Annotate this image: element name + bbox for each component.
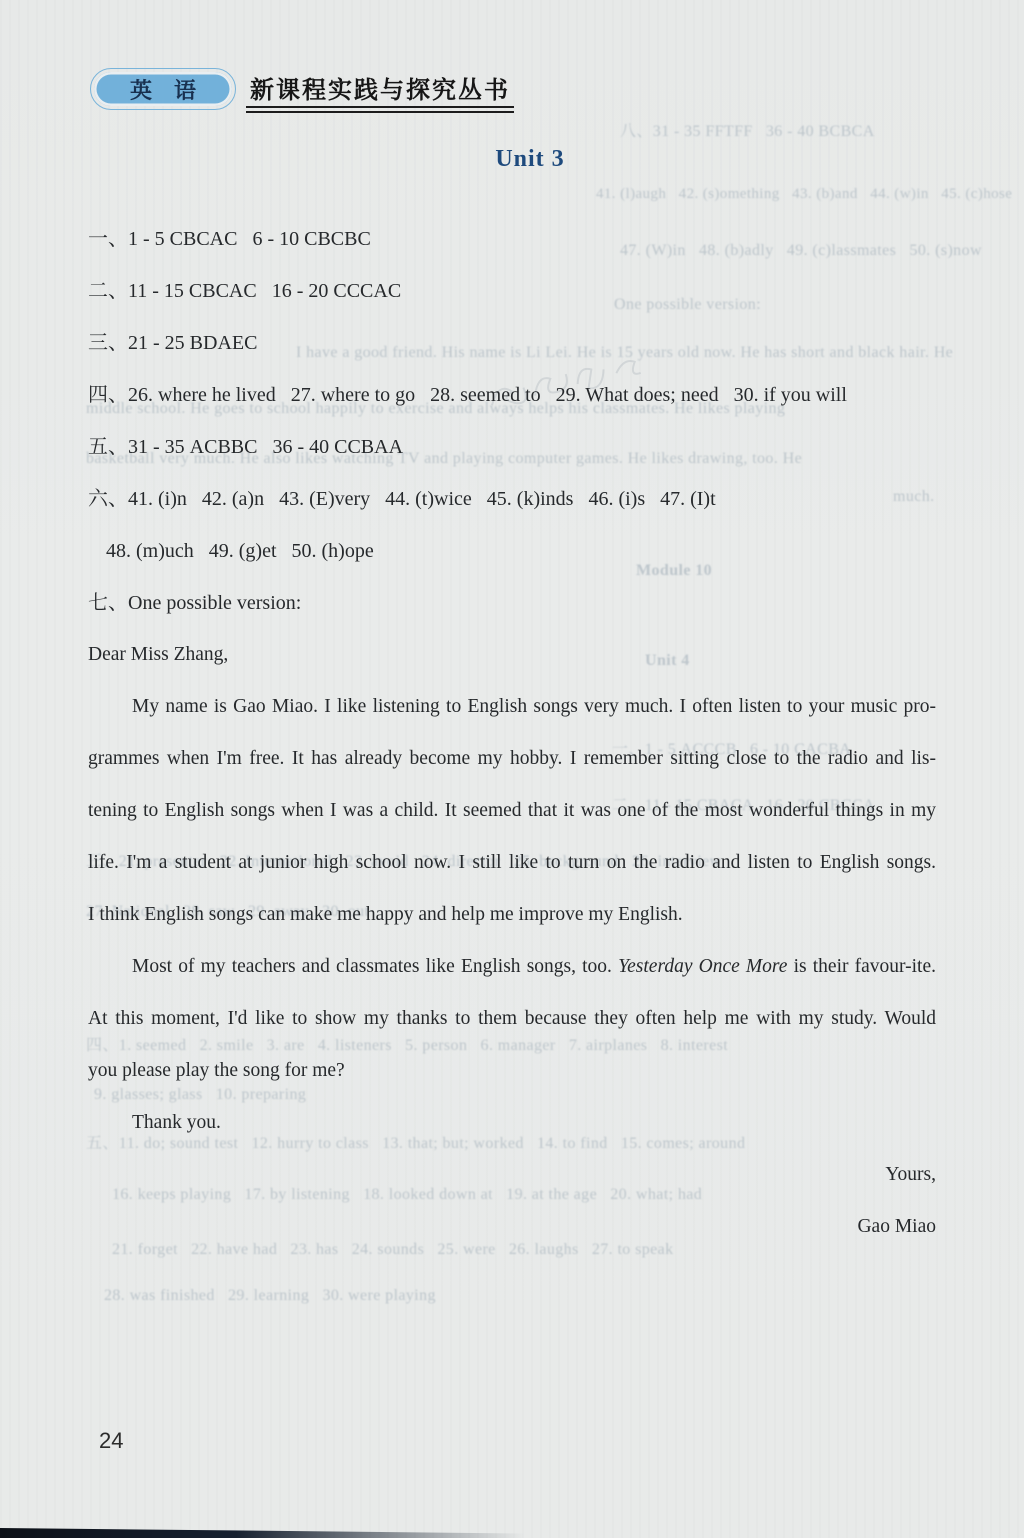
answer-line-2: 二、11 - 15 CBCAC 16 - 20 CCCAC	[88, 265, 936, 317]
subject-badge: 英 语	[94, 72, 232, 106]
letter-text-post: is their favour-ite.	[787, 956, 936, 977]
letter-signoff: Yours,	[88, 1149, 936, 1201]
answer-line-4: 四、26. where he lived 27. where to go 28.…	[88, 369, 936, 421]
answer-line-5: 五、31 - 35 ACBBC 36 - 40 CCBAA	[88, 421, 936, 473]
answer-line-3: 三、21 - 25 BDAEC	[88, 317, 936, 369]
scanned-answer-page: 八、31 - 35 FFTFF 36 - 40 BCBCA 41. (l)aug…	[0, 0, 1024, 1538]
subject-badge-label: 英 语	[122, 74, 204, 105]
answer-content: 一、1 - 5 CBCAC 6 - 10 CBCBC 二、11 - 15 CBC…	[88, 213, 936, 1253]
letter-salutation: Dear Miss Zhang,	[88, 629, 936, 681]
letter-body-line: My name is Gao Miao. I like listening to…	[88, 681, 936, 733]
letter-text-pre: Most of my teachers and classmates like …	[132, 956, 618, 977]
answer-line-6: 六、41. (i)n 42. (a)n 43. (E)very 44. (t)w…	[88, 473, 936, 525]
letter-body-line: life. I'm a student at junior high schoo…	[88, 837, 936, 889]
page-number: 24	[99, 1428, 123, 1454]
letter-body-line: I think English songs can make me happy …	[88, 889, 936, 941]
answer-line-8: 七、One possible version:	[88, 577, 936, 629]
letter-signature: Gao Miao	[88, 1201, 936, 1253]
series-title: 新课程实践与探究丛书	[246, 70, 514, 113]
unit-title: Unit 3	[0, 146, 1024, 173]
answer-line-7: 48. (m)uch 49. (g)et 50. (h)ope	[88, 525, 936, 577]
letter-thanks: Thank you.	[88, 1097, 936, 1149]
answer-line-1: 一、1 - 5 CBCAC 6 - 10 CBCBC	[88, 213, 936, 265]
letter-body-line: grammes when I'm free. It has already be…	[88, 733, 936, 785]
letter-body-line: you please play the song for me?	[88, 1045, 936, 1097]
bleed-through-line: 41. (l)augh 42. (s)omething 43. (b)and 4…	[596, 186, 1016, 203]
letter-body-line: At this moment, I'd like to show my than…	[88, 993, 936, 1045]
letter-body-line-with-title: Most of my teachers and classmates like …	[88, 941, 936, 993]
bleed-through-line: 八、31 - 35 FFTFF 36 - 40 BCBCA	[620, 118, 1000, 141]
song-title-italic: Yesterday Once More	[618, 956, 787, 977]
scan-edge-shadow	[0, 1528, 525, 1538]
bleed-through-line: 28. was finished 29. learning 30. were p…	[104, 1287, 644, 1305]
letter-body-line: tening to English songs when I was a chi…	[88, 785, 936, 837]
